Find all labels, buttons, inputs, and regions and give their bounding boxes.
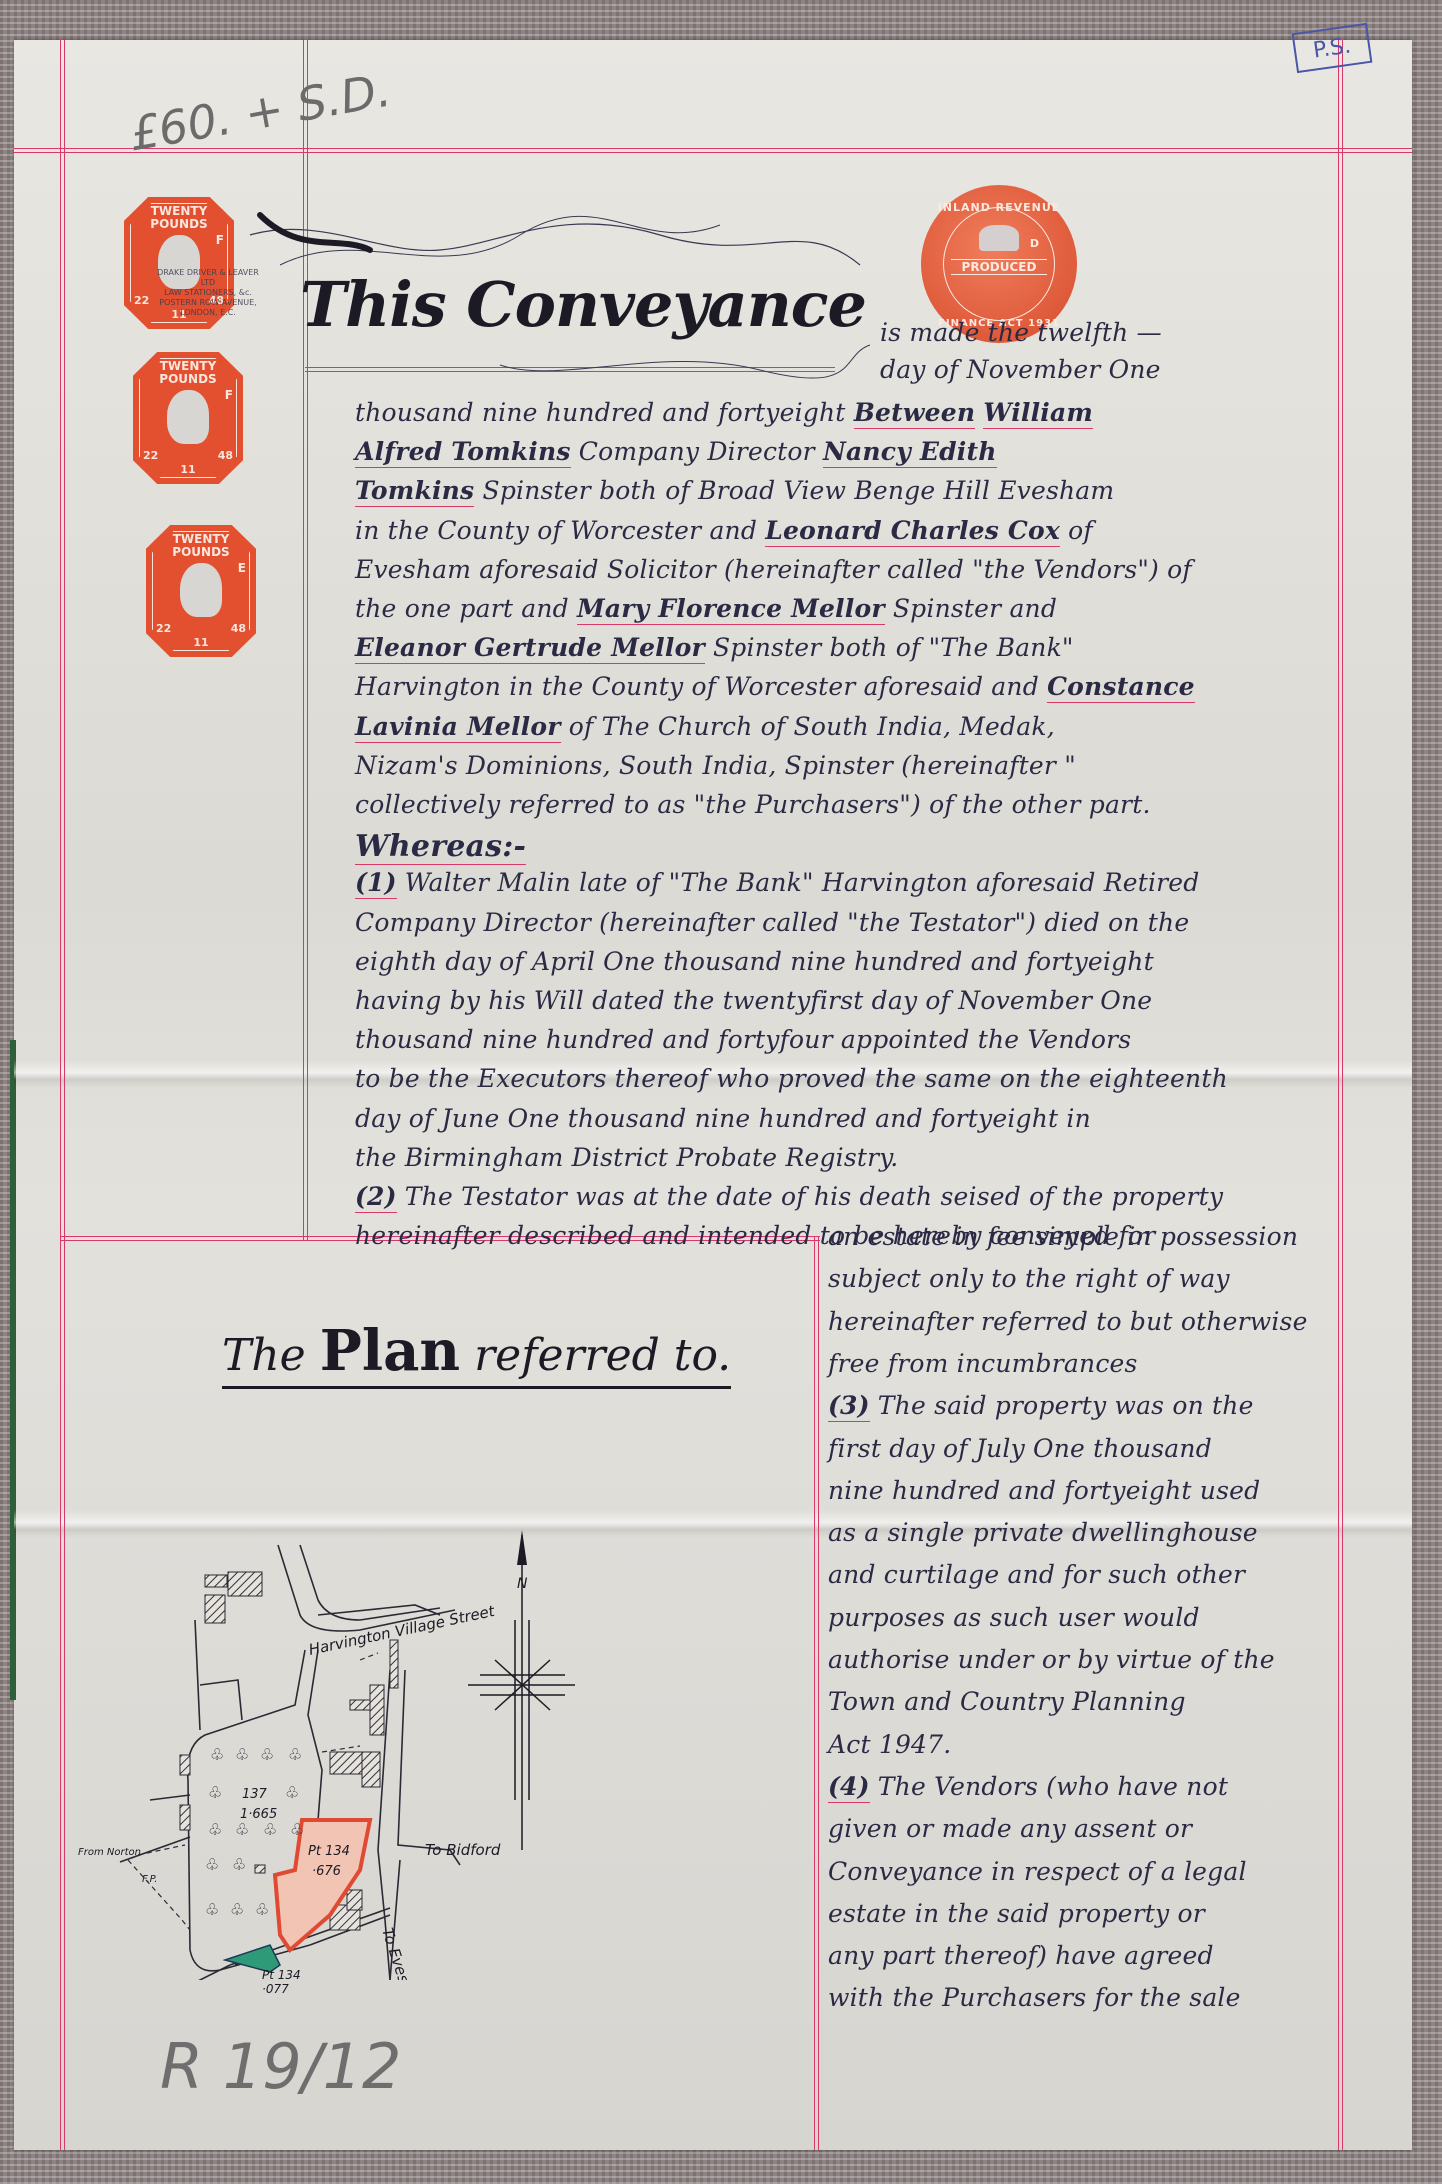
text-line: Nizam's Dominions, South India, Spinster…	[355, 751, 1076, 780]
underlined-name: Constance	[1047, 672, 1195, 703]
underlined-name: Eleanor Gertrude Mellor	[355, 633, 705, 664]
text-line: and curtilage and for such other	[828, 1560, 1245, 1589]
queen-profile-icon	[180, 563, 222, 617]
underlined-name: (1)	[355, 868, 397, 899]
text-fragment: an estate in fee simple in possession	[828, 1222, 1298, 1251]
text-fragment: Spinster and	[885, 594, 1057, 623]
text-line: Whereas:-	[355, 829, 526, 864]
text-line: as a single private dwellinghouse	[828, 1518, 1258, 1547]
svg-text:♧: ♧	[290, 1820, 304, 1839]
duty-stamp-2: TWENTY POUNDS F 22 48 11	[133, 352, 243, 484]
svg-text:♧: ♧	[208, 1820, 222, 1839]
text-line: day of June One thousand nine hundred an…	[355, 1104, 1091, 1133]
text-fragment: nine hundred and fortyeight used	[828, 1476, 1260, 1505]
svg-text:♧: ♧	[235, 1820, 249, 1839]
svg-text:♧: ♧	[235, 1745, 249, 1764]
text-line: nine hundred and fortyeight used	[828, 1476, 1260, 1505]
text-line: Act 1947.	[828, 1730, 951, 1759]
plan-title-main: Plan	[320, 1318, 460, 1384]
stamp-date-month: 11	[133, 463, 243, 476]
text-fragment: authorise under or by virtue of the	[828, 1645, 1275, 1674]
plan-title-prefix: The	[222, 1330, 306, 1381]
text-line: Town and Country Planning	[828, 1687, 1186, 1716]
text-line: (4) The Vendors (who have not	[828, 1772, 1228, 1801]
text-fragment: of The Church of South India, Medak,	[561, 712, 1055, 741]
north-label: N	[517, 1576, 528, 1592]
plot-134-small-name: Pt 134	[262, 1968, 301, 1982]
plan-title-suffix: referred to.	[474, 1330, 731, 1381]
text-fragment: Company Director	[571, 437, 823, 466]
text-fragment: eighth day of April One thousand nine hu…	[355, 947, 1154, 976]
plot-137-area: 1·665	[240, 1807, 277, 1822]
seal-top-text: INLAND REVENUE	[921, 201, 1077, 214]
from-norton-label: From Norton	[78, 1847, 141, 1858]
text-fragment: is made the twelfth —	[880, 318, 1162, 347]
text-line: estate in the said property or	[828, 1899, 1205, 1928]
top-rule	[14, 148, 1412, 153]
text-fragment: any part thereof) have agreed	[828, 1941, 1214, 1970]
text-line: first day of July One thousand	[828, 1434, 1212, 1463]
text-fragment: The Testator was at the date of his deat…	[397, 1182, 1224, 1211]
text-fragment: Harvington in the County of Worcester af…	[355, 672, 1047, 701]
underlined-name: Mary Florence Mellor	[577, 594, 885, 625]
stamp-value: TWENTY POUNDS	[124, 205, 234, 231]
text-fragment: Town and Country Planning	[828, 1687, 1186, 1716]
underlined-name: (4)	[828, 1772, 870, 1803]
svg-text:♧: ♧	[230, 1900, 244, 1919]
underlined-name: (2)	[355, 1182, 397, 1213]
text-fragment: thousand nine hundred and fortyeight	[355, 398, 854, 427]
text-fragment: having by his Will dated the twentyfirst…	[355, 986, 1152, 1015]
text-fragment: collectively referred to as "the Purchas…	[355, 790, 1151, 819]
plot-134-small-label: Pt 134 ·077	[262, 1968, 301, 1996]
underlined-name: Between	[854, 398, 976, 429]
svg-text:♧: ♧	[263, 1820, 277, 1839]
text-fragment: the one part and	[355, 594, 577, 623]
text-line: Lavinia Mellor of The Church of South In…	[355, 712, 1055, 741]
text-line: an estate in fee simple in possession	[828, 1222, 1298, 1251]
text-line: (2) The Testator was at the date of his …	[355, 1182, 1223, 1211]
plot-137-label: 137	[242, 1787, 268, 1802]
underlined-name: (3)	[828, 1391, 870, 1422]
text-fragment: thousand nine hundred and fortyfour appo…	[355, 1025, 1131, 1054]
underlined-name: Nancy Edith	[823, 437, 997, 468]
text-fragment: to be the Executors thereof who proved t…	[355, 1064, 1228, 1093]
property-plan-map: ♧♧♧♧ ♧♧ ♧♧♧♧ ♧♧ ♧♧♧ N Harvington Village…	[60, 1520, 820, 1980]
text-fragment: hereinafter referred to but otherwise	[828, 1307, 1308, 1336]
plot-134-main-label: Pt 134	[308, 1844, 350, 1859]
text-line: collectively referred to as "the Purchas…	[355, 790, 1151, 819]
text-fragment: estate in the said property or	[828, 1899, 1205, 1928]
text-fragment: Company Director (hereinafter called "th…	[355, 908, 1189, 937]
document-title: This Conveyance	[300, 268, 866, 341]
crown-icon	[979, 225, 1019, 251]
svg-text:♧: ♧	[205, 1855, 219, 1874]
text-fragment: Spinster both of "The Bank"	[705, 633, 1074, 662]
text-line: Tomkins Spinster both of Broad View Beng…	[355, 476, 1114, 505]
text-fragment: of	[1060, 516, 1093, 545]
text-line: Alfred Tomkins Company Director Nancy Ed…	[355, 437, 997, 466]
text-line: Evesham aforesaid Solicitor (hereinafter…	[355, 555, 1192, 584]
text-fragment: Nizam's Dominions, South India, Spinster…	[355, 751, 1076, 780]
text-fragment: Evesham aforesaid Solicitor (hereinafter…	[355, 555, 1192, 584]
text-line: Harvington in the County of Worcester af…	[355, 672, 1195, 701]
text-line: hereinafter referred to but otherwise	[828, 1307, 1308, 1336]
seal-produced-text: PRODUCED	[951, 259, 1047, 275]
stamp-letter: F	[216, 233, 224, 247]
text-line: having by his Will dated the twentyfirst…	[355, 986, 1152, 1015]
stamp-date-day: 22	[143, 449, 158, 462]
text-fragment: The said property was on the	[870, 1391, 1254, 1420]
text-line: the Birmingham District Probate Registry…	[355, 1143, 898, 1172]
queen-profile-icon	[167, 390, 209, 444]
text-line: day of November One	[880, 355, 1161, 384]
plot-134-small-area: ·077	[262, 1982, 301, 1996]
text-fragment: first day of July One thousand	[828, 1434, 1212, 1463]
text-fragment: the Birmingham District Probate Registry…	[355, 1143, 898, 1172]
pencil-note-reference: R 19/12	[160, 2030, 401, 2103]
text-fragment: and curtilage and for such other	[828, 1560, 1245, 1589]
to-evesham-label: To Evesham	[378, 1926, 423, 1980]
text-line: thousand nine hundred and fortyfour appo…	[355, 1025, 1131, 1054]
underlined-name: Leonard Charles Cox	[765, 516, 1060, 547]
to-bidford-label: To Bidford	[425, 1841, 501, 1859]
underlined-name: Alfred Tomkins	[355, 437, 571, 468]
underlined-name: Lavinia Mellor	[355, 712, 561, 743]
text-fragment: day of June One thousand nine hundred an…	[355, 1104, 1091, 1133]
text-fragment: Act 1947.	[828, 1730, 951, 1759]
plan-title: The Plan referred to.	[222, 1318, 731, 1389]
text-line: subject only to the right of way	[828, 1264, 1230, 1293]
svg-text:♧: ♧	[232, 1855, 246, 1874]
text-line: Conveyance in respect of a legal	[828, 1857, 1247, 1886]
text-fragment: in the County of Worcester and	[355, 516, 765, 545]
text-fragment: Spinster both of Broad View Benge Hill E…	[474, 476, 1114, 505]
stamp-value: TWENTY POUNDS	[146, 533, 256, 559]
svg-text:♧: ♧	[208, 1783, 222, 1802]
stamp-letter: E	[238, 561, 246, 575]
text-fragment: Walter Malin late of "The Bank" Harvingt…	[397, 868, 1200, 897]
svg-text:♧: ♧	[288, 1745, 302, 1764]
svg-text:♧: ♧	[260, 1745, 274, 1764]
underlined-name: William	[983, 398, 1093, 429]
text-fragment: purposes as such user would	[828, 1603, 1200, 1632]
text-fragment: Conveyance in respect of a legal	[828, 1857, 1247, 1886]
text-fragment: day of November One	[880, 355, 1161, 384]
text-line: purposes as such user would	[828, 1603, 1200, 1632]
text-line: free from incumbrances	[828, 1349, 1138, 1378]
text-line: in the County of Worcester and Leonard C…	[355, 516, 1093, 545]
stamp-date-year: 48	[218, 449, 233, 462]
svg-text:♧: ♧	[255, 1900, 269, 1919]
green-backing-edge	[10, 1040, 16, 1700]
stamp-date-day: 22	[156, 622, 171, 635]
text-line: Company Director (hereinafter called "th…	[355, 908, 1189, 937]
stamp-value: TWENTY POUNDS	[133, 360, 243, 386]
text-fragment: The Vendors (who have not	[870, 1772, 1228, 1801]
text-fragment: subject only to the right of way	[828, 1264, 1230, 1293]
footpath-label: F.P.	[142, 1874, 157, 1885]
text-line: is made the twelfth —	[880, 318, 1162, 347]
text-fragment: free from incumbrances	[828, 1349, 1138, 1378]
text-fragment: given or made any assent or	[828, 1814, 1192, 1843]
text-line: thousand nine hundred and fortyeight Bet…	[355, 398, 1093, 427]
plot-134-main-area: ·676	[312, 1864, 341, 1879]
stamp-date-month: 11	[146, 636, 256, 649]
svg-text:♧: ♧	[210, 1745, 224, 1764]
text-line: Eleanor Gertrude Mellor Spinster both of…	[355, 633, 1074, 662]
text-line: given or made any assent or	[828, 1814, 1192, 1843]
text-line: the one part and Mary Florence Mellor Sp…	[355, 594, 1057, 623]
text-line: to be the Executors thereof who proved t…	[355, 1064, 1228, 1093]
stamp-letter: F	[225, 388, 233, 402]
text-line: with the Purchasers for the sale	[828, 1983, 1241, 2012]
text-line: authorise under or by virtue of the	[828, 1645, 1275, 1674]
text-line: (3) The said property was on the	[828, 1391, 1254, 1420]
svg-text:♧: ♧	[205, 1900, 219, 1919]
text-fragment: with the Purchasers for the sale	[828, 1983, 1241, 2012]
text-line: any part thereof) have agreed	[828, 1941, 1214, 1970]
section-heading: Whereas:-	[355, 829, 526, 865]
text-line: eighth day of April One thousand nine hu…	[355, 947, 1154, 976]
text-line: (1) Walter Malin late of "The Bank" Harv…	[355, 868, 1200, 897]
underlined-name: Tomkins	[355, 476, 474, 507]
margin-rule-right	[1338, 40, 1343, 2150]
stamp-date-year: 48	[231, 622, 246, 635]
text-fragment: as a single private dwellinghouse	[828, 1518, 1258, 1547]
duty-stamp-3: TWENTY POUNDS E 22 48 11	[146, 525, 256, 657]
svg-text:♧: ♧	[285, 1783, 299, 1802]
seal-letter: D	[1030, 237, 1039, 250]
